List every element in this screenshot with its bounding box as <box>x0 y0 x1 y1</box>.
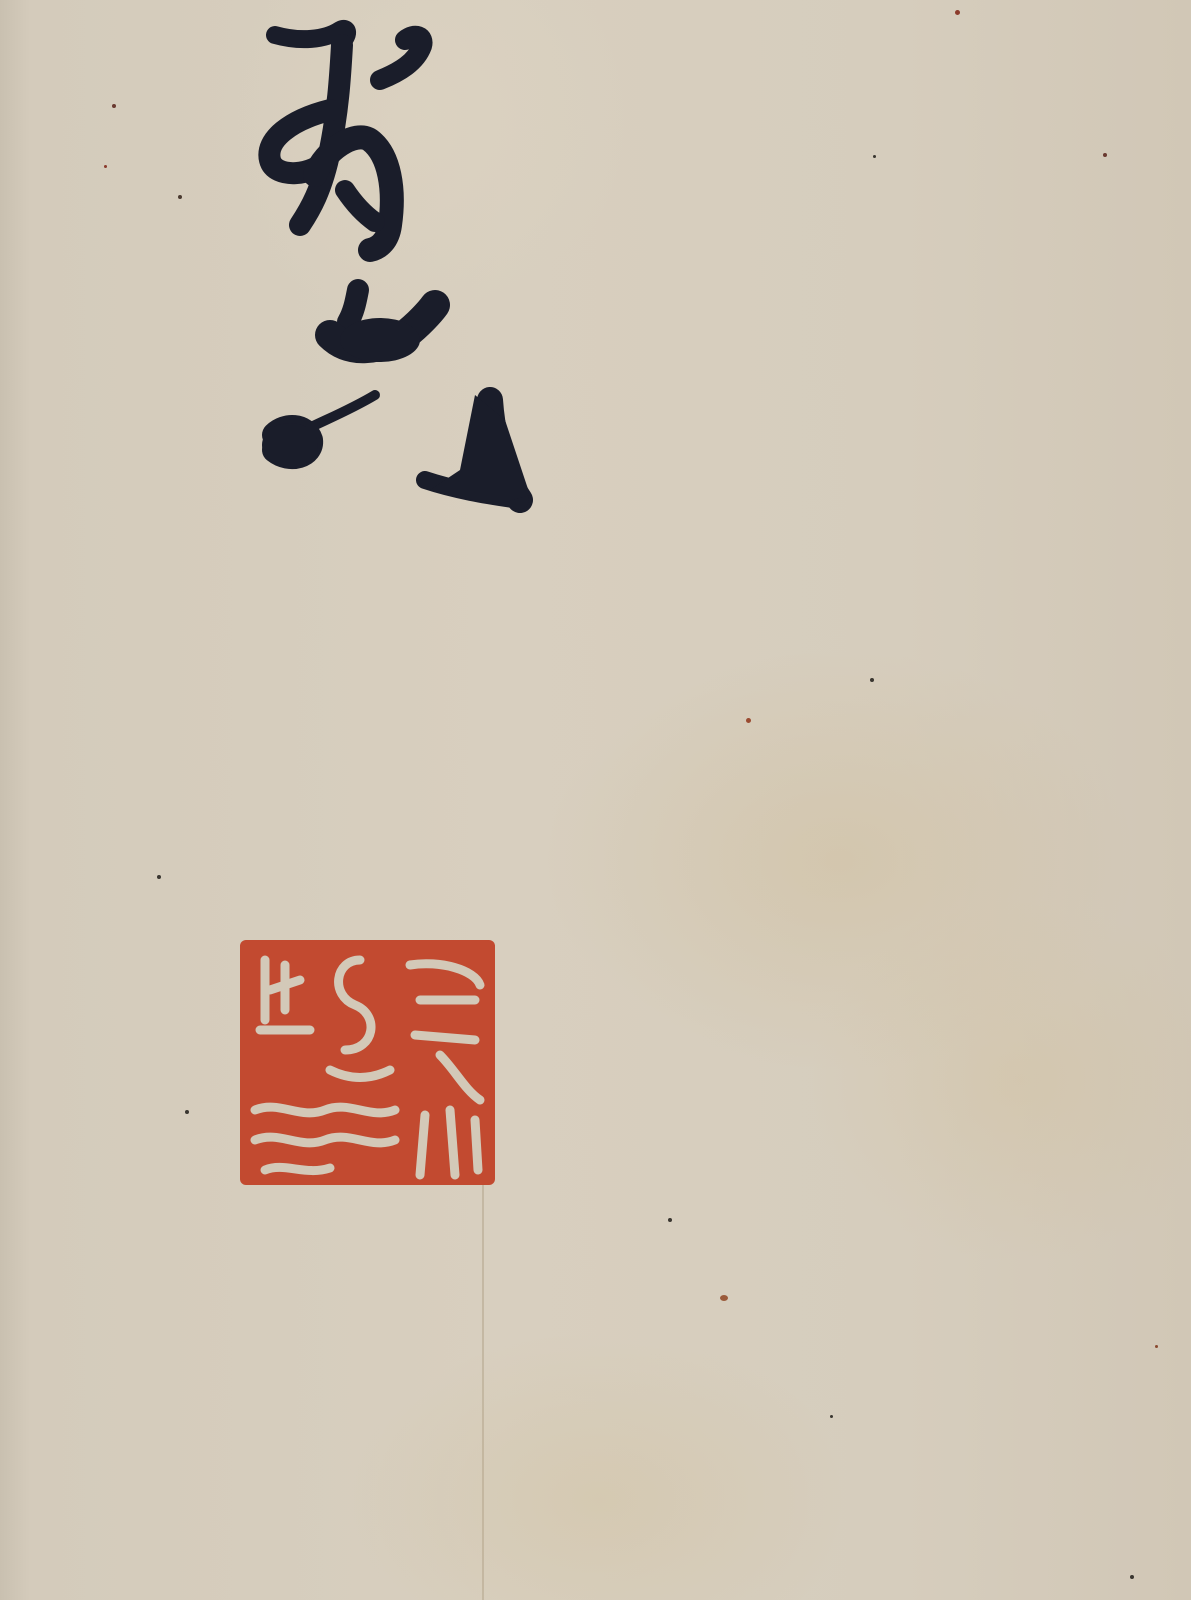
calligraphy-signature <box>230 0 550 700</box>
paper-background <box>0 0 1191 1600</box>
red-seal <box>240 940 495 1185</box>
paper-seam <box>482 1180 484 1600</box>
